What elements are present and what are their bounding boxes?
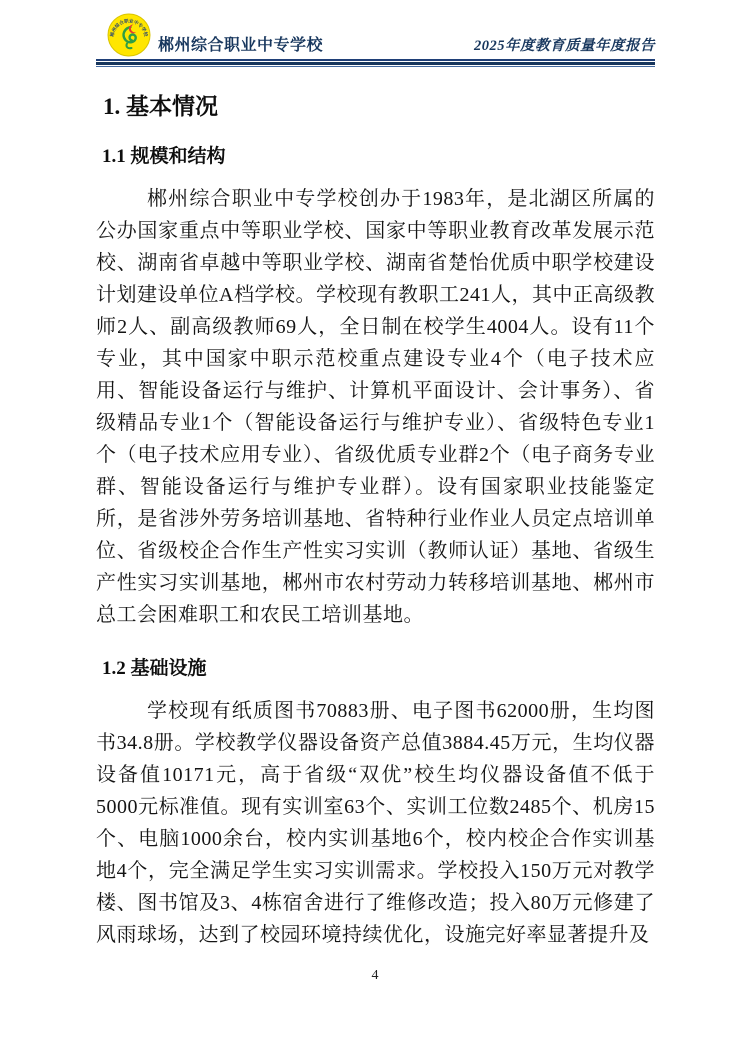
page-number: 4 — [0, 968, 750, 984]
header-divider-line — [96, 59, 655, 67]
school-emblem-icon: 郴州综合职业中专学校 — [107, 13, 151, 57]
document-page: 郴州综合职业中专学校 郴州综合职业中专学校 2025年度教育质量年度报告 1. … — [0, 0, 750, 1060]
subsection-heading-1-2: 1.2 基础设施 — [102, 656, 655, 681]
header-left-group: 郴州综合职业中专学校 郴州综合职业中专学校 — [96, 13, 323, 57]
paragraph-scale-and-structure: 郴州综合职业中专学校创办于1983年，是北湖区所属的公办国家重点中等职业学校、国… — [96, 183, 655, 631]
header-report-title: 2025年度教育质量年度报告 — [474, 38, 655, 54]
paragraph-infrastructure: 学校现有纸质图书70883册、电子图书62000册，生均图书34.8册。学校教学… — [96, 695, 655, 951]
page-header: 郴州综合职业中专学校 郴州综合职业中专学校 2025年度教育质量年度报告 — [96, 13, 655, 57]
header-school-name: 郴州综合职业中专学校 — [158, 37, 323, 55]
subsection-heading-1-1: 1.1 规模和结构 — [102, 144, 655, 169]
chapter-heading: 1. 基本情况 — [103, 92, 655, 122]
school-logo-icon: 郴州综合职业中专学校 — [107, 13, 151, 57]
page-content: 郴州综合职业中专学校 郴州综合职业中专学校 2025年度教育质量年度报告 1. … — [0, 0, 750, 951]
